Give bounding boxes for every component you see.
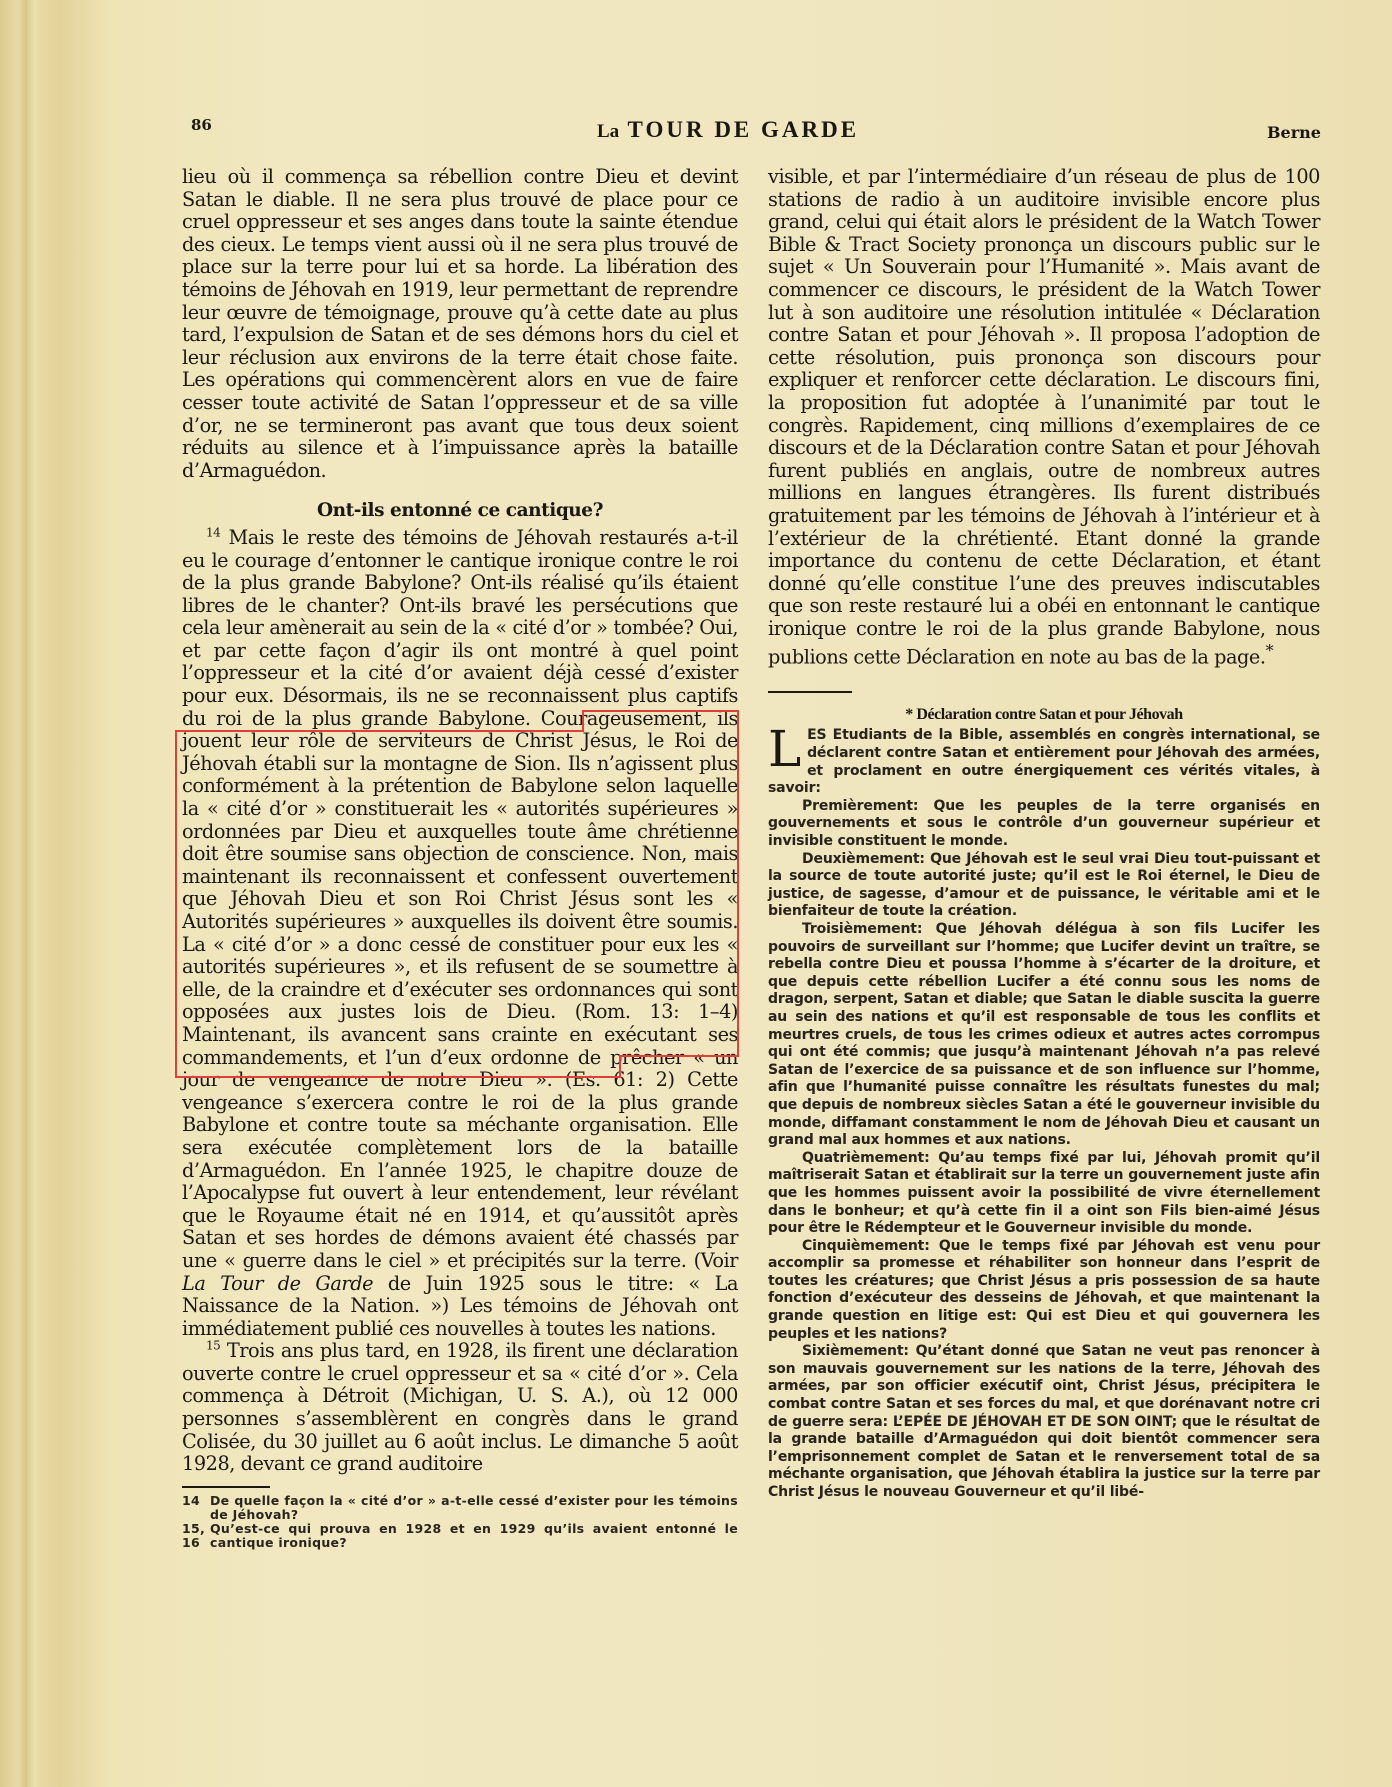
paragraph-14: 14 Mais le reste des témoins de Jéhovah … [182, 527, 738, 1340]
declaration-footnote: LES Etudiants de la Bible, assemblés en … [768, 727, 1320, 1501]
declaration-point-1: Premièrement: Que les peuples de la terr… [768, 798, 1320, 851]
paragraph-number: 14 [206, 525, 220, 539]
question-text: Qu’est-ce qui prouva en 1928 et en 1929 … [210, 1522, 738, 1550]
footnote-divider [768, 691, 852, 693]
publication-title: La Tour de Garde [182, 1272, 373, 1295]
question-item: 15, 16 Qu’est-ce qui prouva en 1928 et e… [182, 1522, 738, 1550]
paragraph-number: 15 [206, 1339, 220, 1353]
paragraph-15-text: Trois ans plus tard, en 1928, ils firent… [182, 1339, 738, 1475]
declaration-point-3: Troisièmement: Que Jéhovah délégua à son… [768, 921, 1320, 1150]
questions-divider [182, 1486, 270, 1488]
declaration-point-2: Deuxièmement: Que Jéhovah est le seul vr… [768, 851, 1320, 921]
declaration-title: * Déclaration contre Satan et pour Jéhov… [768, 705, 1320, 725]
drop-cap: L [768, 729, 801, 769]
question-number: 15, 16 [182, 1522, 210, 1550]
paragraph-15: 15 Trois ans plus tard, en 1928, ils fir… [182, 1340, 738, 1476]
page-location: Berne [1267, 123, 1321, 142]
question-number: 14 [182, 1494, 210, 1522]
footnote-marker: * [1266, 641, 1274, 660]
paragraph-14-text: Mais le reste des témoins de Jéhovah res… [182, 526, 738, 1272]
title-text: TOUR DE GARDE [628, 117, 860, 142]
declaration-point-6: Sixièmement: Qu’étant donné que Satan ne… [768, 1343, 1320, 1501]
declaration-point-4: Quatrièmement: Qu’au temps fixé par lui,… [768, 1150, 1320, 1238]
declaration-intro: LES Etudiants de la Bible, assemblés en … [768, 727, 1320, 797]
section-heading: Ont-ils entonné ce cantique? [182, 500, 738, 523]
question-text: De quelle façon la « cité d’or » a-t-ell… [210, 1494, 738, 1522]
paragraph-intro: lieu où il commença sa rébellion contre … [182, 166, 738, 482]
left-column: lieu où il commença sa rébellion contre … [182, 166, 738, 1550]
study-questions: 14 De quelle façon la « cité d’or » a-t-… [182, 1494, 738, 1550]
paragraph-continuation: visible, et par l’intermédiaire d’un rés… [768, 166, 1320, 669]
title-prefix: La [597, 121, 619, 142]
page-title: La TOUR DE GARDE [597, 117, 859, 143]
declaration-point-5: Cinquièmement: Que le temps fixé par Jéh… [768, 1238, 1320, 1344]
page-number: 86 [191, 116, 212, 134]
right-column: visible, et par l’intermédiaire d’un rés… [768, 166, 1320, 1502]
paragraph-continuation-text: visible, et par l’intermédiaire d’un rés… [768, 165, 1320, 669]
declaration-intro-text: ES Etudiants de la Bible, assemblés en c… [768, 727, 1320, 796]
page-binding-edge [0, 0, 40, 1787]
question-item: 14 De quelle façon la « cité d’or » a-t-… [182, 1494, 738, 1522]
